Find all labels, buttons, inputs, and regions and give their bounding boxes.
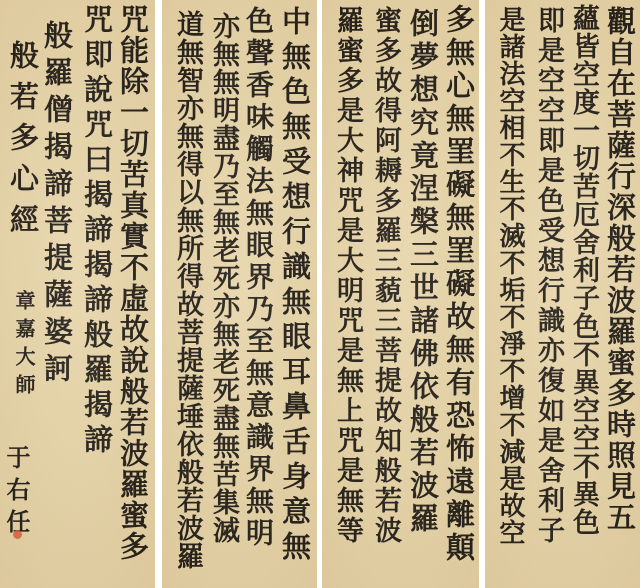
calligraphy-column: 是諸法空相不生不滅不垢不淨不增不減是故空 bbox=[497, 6, 523, 546]
calligraphy-column: 中無色無受想行識無眼耳鼻舌身意無 bbox=[280, 6, 309, 566]
signature: 于右任 bbox=[4, 445, 28, 541]
calligraphy-column: 咒能除一切苦真實不虛故說般若波羅蜜多 bbox=[118, 4, 147, 562]
scroll-panel-4: 咒能除一切苦真實不虛故說般若波羅蜜多 咒即說咒曰揭諦揭諦般羅揭諦 般羅僧揭諦菩提… bbox=[0, 0, 155, 588]
inscription: 章嘉大師 bbox=[14, 290, 34, 402]
scroll-panel-2: 多無心無罣礙無罣礙故無有恐怖遠離顛 倒夢想究竟涅槃三世諸佛依般若波羅 蜜多故得阿… bbox=[322, 0, 479, 588]
artist-seal bbox=[13, 530, 22, 539]
calligraphy-column: 咒即說咒曰揭諦揭諦般羅揭諦 bbox=[82, 4, 111, 459]
calligraphy-column: 般羅僧揭諦菩提薩婆訶 bbox=[42, 20, 71, 390]
calligraphy-column: 即是空空即是色受想行識亦復如是舍利子 bbox=[535, 6, 562, 546]
calligraphy-column: 羅蜜多是大神咒是大明咒是無上咒是無等 bbox=[334, 6, 361, 546]
calligraphy-column: 蜜多故得阿耨多羅三藐三菩提故知般若波 bbox=[372, 6, 399, 546]
scroll-panel-3: 中無色無受想行識無眼耳鼻舌身意無 色聲香味觸法無眼界乃至無意識界無明 亦無無明盡… bbox=[162, 0, 317, 588]
scroll-panel-1: 觀自在菩薩行深般若波羅蜜多時照見五 蘊皆空度一切苦厄舍利子色不異空空不異色 即是… bbox=[485, 0, 640, 588]
calligraphy-column: 蘊皆空度一切苦厄舍利子色不異空空不異色 bbox=[570, 4, 597, 536]
calligraphy-column: 多無心無罣礙無罣礙故無有恐怖遠離顛 bbox=[444, 4, 473, 565]
calligraphy-column: 觀自在菩薩行深般若波羅蜜多時照見五 bbox=[605, 6, 634, 533]
calligraphy-column: 亦無無明盡乃至無老死亦無老死盡無苦集滅 bbox=[210, 12, 237, 544]
calligraphy-column: 色聲香味觸法無眼界乃至無意識界無明 bbox=[244, 6, 272, 550]
calligraphy-column: 倒夢想究竟涅槃三世諸佛依般若波羅 bbox=[408, 8, 437, 536]
calligraphy-column: 般若多心經 bbox=[8, 40, 37, 245]
calligraphy-column: 道無智亦無得以無所得故菩提薩埵依般若波羅 bbox=[174, 10, 201, 570]
